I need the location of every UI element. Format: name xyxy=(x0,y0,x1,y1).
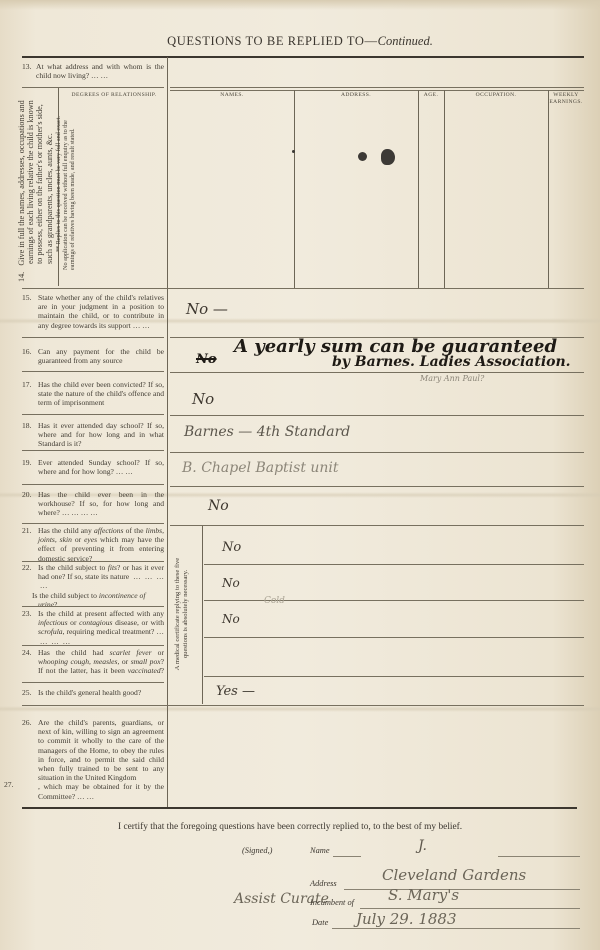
answer-24-field[interactable] xyxy=(206,640,582,672)
signed-label: (Signed,) xyxy=(242,846,272,855)
answer-18[interactable]: Barnes — 4th Standard xyxy=(184,424,350,440)
answer-23[interactable]: No xyxy=(222,612,240,626)
question-27-number: 27. xyxy=(4,780,14,789)
row-rule xyxy=(22,288,584,289)
row-rule xyxy=(22,523,164,524)
address-value[interactable]: Cleveland Gardens xyxy=(382,866,526,884)
table-top-rule xyxy=(170,90,584,91)
answer-17[interactable]: No xyxy=(192,390,214,408)
medical-certificate-note: A medical certificate replying to these … xyxy=(174,526,190,702)
question-21: 21. Has the child any affections of the … xyxy=(22,526,164,563)
col-header-names: NAMES. xyxy=(170,92,294,98)
col-header-age: AGE. xyxy=(418,92,444,98)
answer-21[interactable]: No xyxy=(222,540,241,555)
ink-dot xyxy=(292,150,295,153)
name-underline xyxy=(498,856,580,857)
answer-16-line2[interactable]: by Barnes. Ladies Association. xyxy=(332,354,571,370)
question-19: 19. Ever attended Sunday school? If so, … xyxy=(22,458,164,476)
question-16: 16. Can any payment for the child be gua… xyxy=(22,347,164,365)
question-23: 23. Is the child at present affected wit… xyxy=(22,609,164,646)
bottom-rule xyxy=(22,807,577,809)
name-label: Name xyxy=(310,846,330,855)
question-20: 20. Has the child ever been in the workh… xyxy=(22,490,164,518)
title-continued: Continued. xyxy=(378,34,433,48)
question-15: 15. State whether any of the child's rel… xyxy=(22,293,164,330)
medical-note-divider xyxy=(202,526,203,704)
answer-16-faint-note: Mary Ann Paul? xyxy=(420,374,484,383)
col-header-address: ADDRESS. xyxy=(294,92,418,98)
question-13-text: At what address and with whom is the chi… xyxy=(22,62,164,80)
answer-25[interactable]: Yes — xyxy=(216,684,255,699)
row-rule xyxy=(22,337,164,338)
row-rule xyxy=(22,645,164,646)
paper-top-edge xyxy=(0,0,600,10)
row-rule xyxy=(22,484,164,485)
row-rule xyxy=(170,415,584,416)
answer-16-struck: No xyxy=(196,352,217,367)
row-rule xyxy=(22,450,164,451)
question-17: 17. Has the child ever been convicted? I… xyxy=(22,380,164,408)
row-rule xyxy=(170,452,584,453)
question-18: 18. Has it ever attended day school? If … xyxy=(22,421,164,449)
row-rule xyxy=(22,705,584,706)
row-rule xyxy=(170,525,584,526)
page-title: QUESTIONS TO BE REPLIED TO—Continued. xyxy=(0,34,600,49)
address-label: Address xyxy=(310,879,337,888)
certification-statement: I certify that the foregoing questions h… xyxy=(118,822,462,832)
row-rule xyxy=(22,414,164,415)
question-22: 22. Is the child subject to fits? or has… xyxy=(22,563,164,609)
name-value[interactable]: J. xyxy=(418,838,427,854)
answer-15[interactable]: No — xyxy=(186,300,228,318)
title-main: QUESTIONS TO BE REPLIED TO— xyxy=(167,34,377,48)
title-rule xyxy=(22,56,584,58)
ink-stain xyxy=(358,152,367,161)
question-26: 26. Are the child's parents, guardians, … xyxy=(22,718,164,801)
row-rule xyxy=(204,600,584,601)
incumbent-label: Incumbent of xyxy=(310,898,354,907)
name-underline xyxy=(333,856,361,857)
answer-20[interactable]: No xyxy=(208,498,229,514)
row-rule xyxy=(170,372,584,373)
ink-stain xyxy=(381,149,395,165)
answer-26-field[interactable] xyxy=(170,710,584,804)
row-rule xyxy=(22,371,164,372)
answer-23-faint: Cold xyxy=(264,596,285,606)
incumbent-underline xyxy=(360,908,580,909)
row-rule xyxy=(22,682,164,683)
answer-13-field[interactable] xyxy=(170,60,584,84)
col-header-occupation: OCCUPATION. xyxy=(444,92,548,98)
row-rule xyxy=(204,637,584,638)
date-label: Date xyxy=(312,918,328,927)
row-rule xyxy=(204,564,584,565)
incumbent-value[interactable]: S. Mary's xyxy=(388,886,459,904)
question-25: 25. Is the child's general health good? xyxy=(22,688,164,697)
question-14-text: 14. Give in full the names, addresses, o… xyxy=(17,100,54,282)
row-rule xyxy=(22,561,164,562)
date-value[interactable]: July 29. 1883 xyxy=(356,910,457,928)
answer-22[interactable]: No xyxy=(222,576,240,590)
answer-19[interactable]: B. Chapel Baptist unit xyxy=(182,460,339,476)
row-rule xyxy=(204,676,584,677)
row-rule xyxy=(22,606,164,607)
row-rule xyxy=(170,486,584,487)
date-underline xyxy=(332,928,580,929)
question-24: 24. Has the child had scarlet fever or w… xyxy=(22,648,164,685)
col-header-relationship: DEGREES OF RELATIONSHIP. xyxy=(58,92,170,98)
question-13: 13. At what address and with whom is the… xyxy=(22,62,164,80)
relatives-table-entry-area[interactable] xyxy=(170,100,584,286)
address-underline xyxy=(344,889,580,890)
